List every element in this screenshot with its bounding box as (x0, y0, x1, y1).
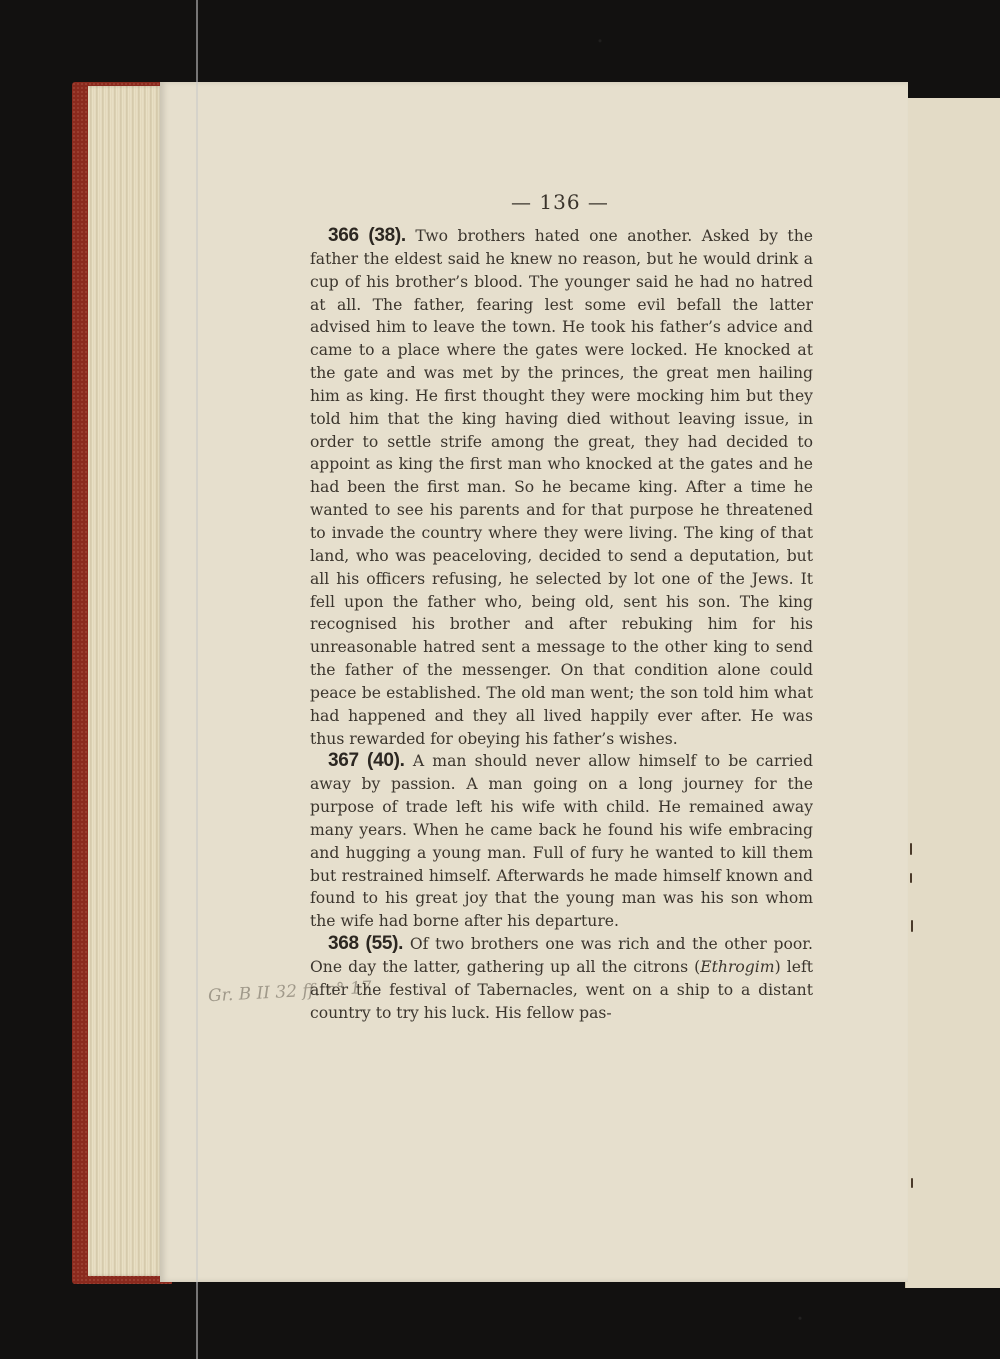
page-number: — 136 — (300, 190, 820, 214)
paragraph-text: Two brothers hated one another. Asked by… (310, 227, 813, 748)
page-edges (88, 86, 162, 1276)
paragraph-number: 366 (38). (328, 225, 406, 246)
ink-mark (911, 1178, 913, 1188)
italic-term: Ethrogim (700, 958, 774, 976)
ink-mark (910, 873, 912, 883)
facing-page-edge (905, 98, 1000, 1288)
paragraph-number: 367 (40). (328, 750, 405, 771)
ink-mark (911, 920, 913, 932)
ink-mark (910, 843, 912, 855)
paragraph-text: A man should never allow himself to be c… (310, 752, 813, 930)
page-body: 366 (38). Two brothers hated one another… (310, 225, 813, 1025)
book-page: — 136 — Gr. B II 32 ff. n° 17 366 (38). … (160, 82, 908, 1282)
paragraph-368: 368 (55). Of two brothers one was rich a… (310, 933, 813, 1024)
paragraph-366: 366 (38). Two brothers hated one another… (310, 225, 813, 750)
paragraph-number: 368 (55). (328, 933, 403, 954)
scan-guide-line (196, 0, 198, 1359)
paragraph-367: 367 (40). A man should never allow himse… (310, 750, 813, 933)
